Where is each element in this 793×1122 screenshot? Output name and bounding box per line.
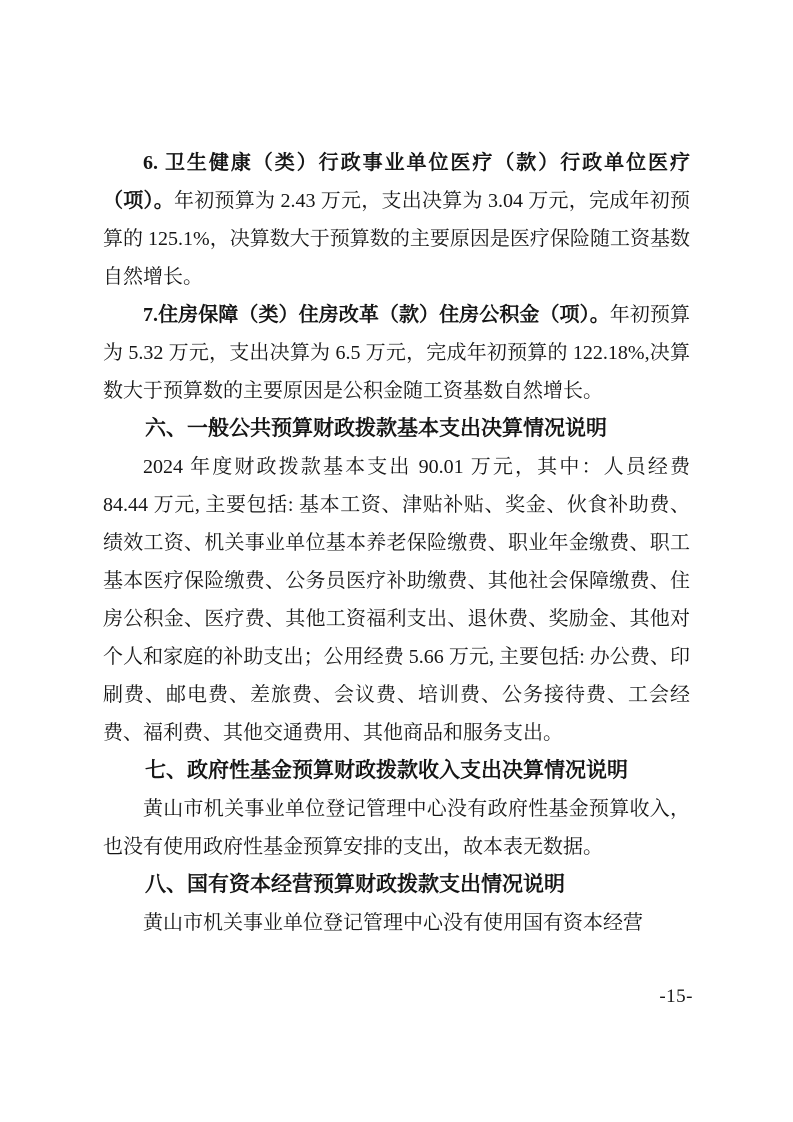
budget-item-7-paragraph: 7.住房保障（类）住房改革（款）住房公积金（项）。年初预算为 5.32 万元，支… [103, 296, 690, 410]
budget-item-7-title: 7.住房保障（类）住房改革（款）住房公积金（项）。 [143, 304, 610, 326]
budget-item-6-paragraph: 6. 卫生健康（类）行政事业单位医疗（款）行政单位医疗（项）。年初预算为 2.4… [103, 144, 690, 296]
section-8-paragraph: 黄山市机关事业单位登记管理中心没有使用国有资本经营 [103, 904, 690, 942]
document-page: 6. 卫生健康（类）行政事业单位医疗（款）行政单位医疗（项）。年初预算为 2.4… [0, 0, 793, 1122]
section-8-heading: 八、国有资本经营预算财政拨款支出情况说明 [103, 866, 690, 904]
section-6-paragraph: 2024 年度财政拨款基本支出 90.01 万元，其中：人员经费 84.44 万… [103, 448, 690, 752]
section-7-paragraph: 黄山市机关事业单位登记管理中心没有政府性基金预算收入，也没有使用政府性基金预算安… [103, 790, 690, 866]
page-number: -15- [659, 986, 693, 1008]
document-content: 6. 卫生健康（类）行政事业单位医疗（款）行政单位医疗（项）。年初预算为 2.4… [103, 144, 690, 942]
section-7-heading: 七、政府性基金预算财政拨款收入支出决算情况说明 [103, 752, 690, 790]
budget-item-6-body: 年初预算为 2.43 万元，支出决算为 3.04 万元，完成年初预算的 125.… [103, 190, 690, 288]
section-6-heading: 六、一般公共预算财政拨款基本支出决算情况说明 [103, 410, 690, 448]
